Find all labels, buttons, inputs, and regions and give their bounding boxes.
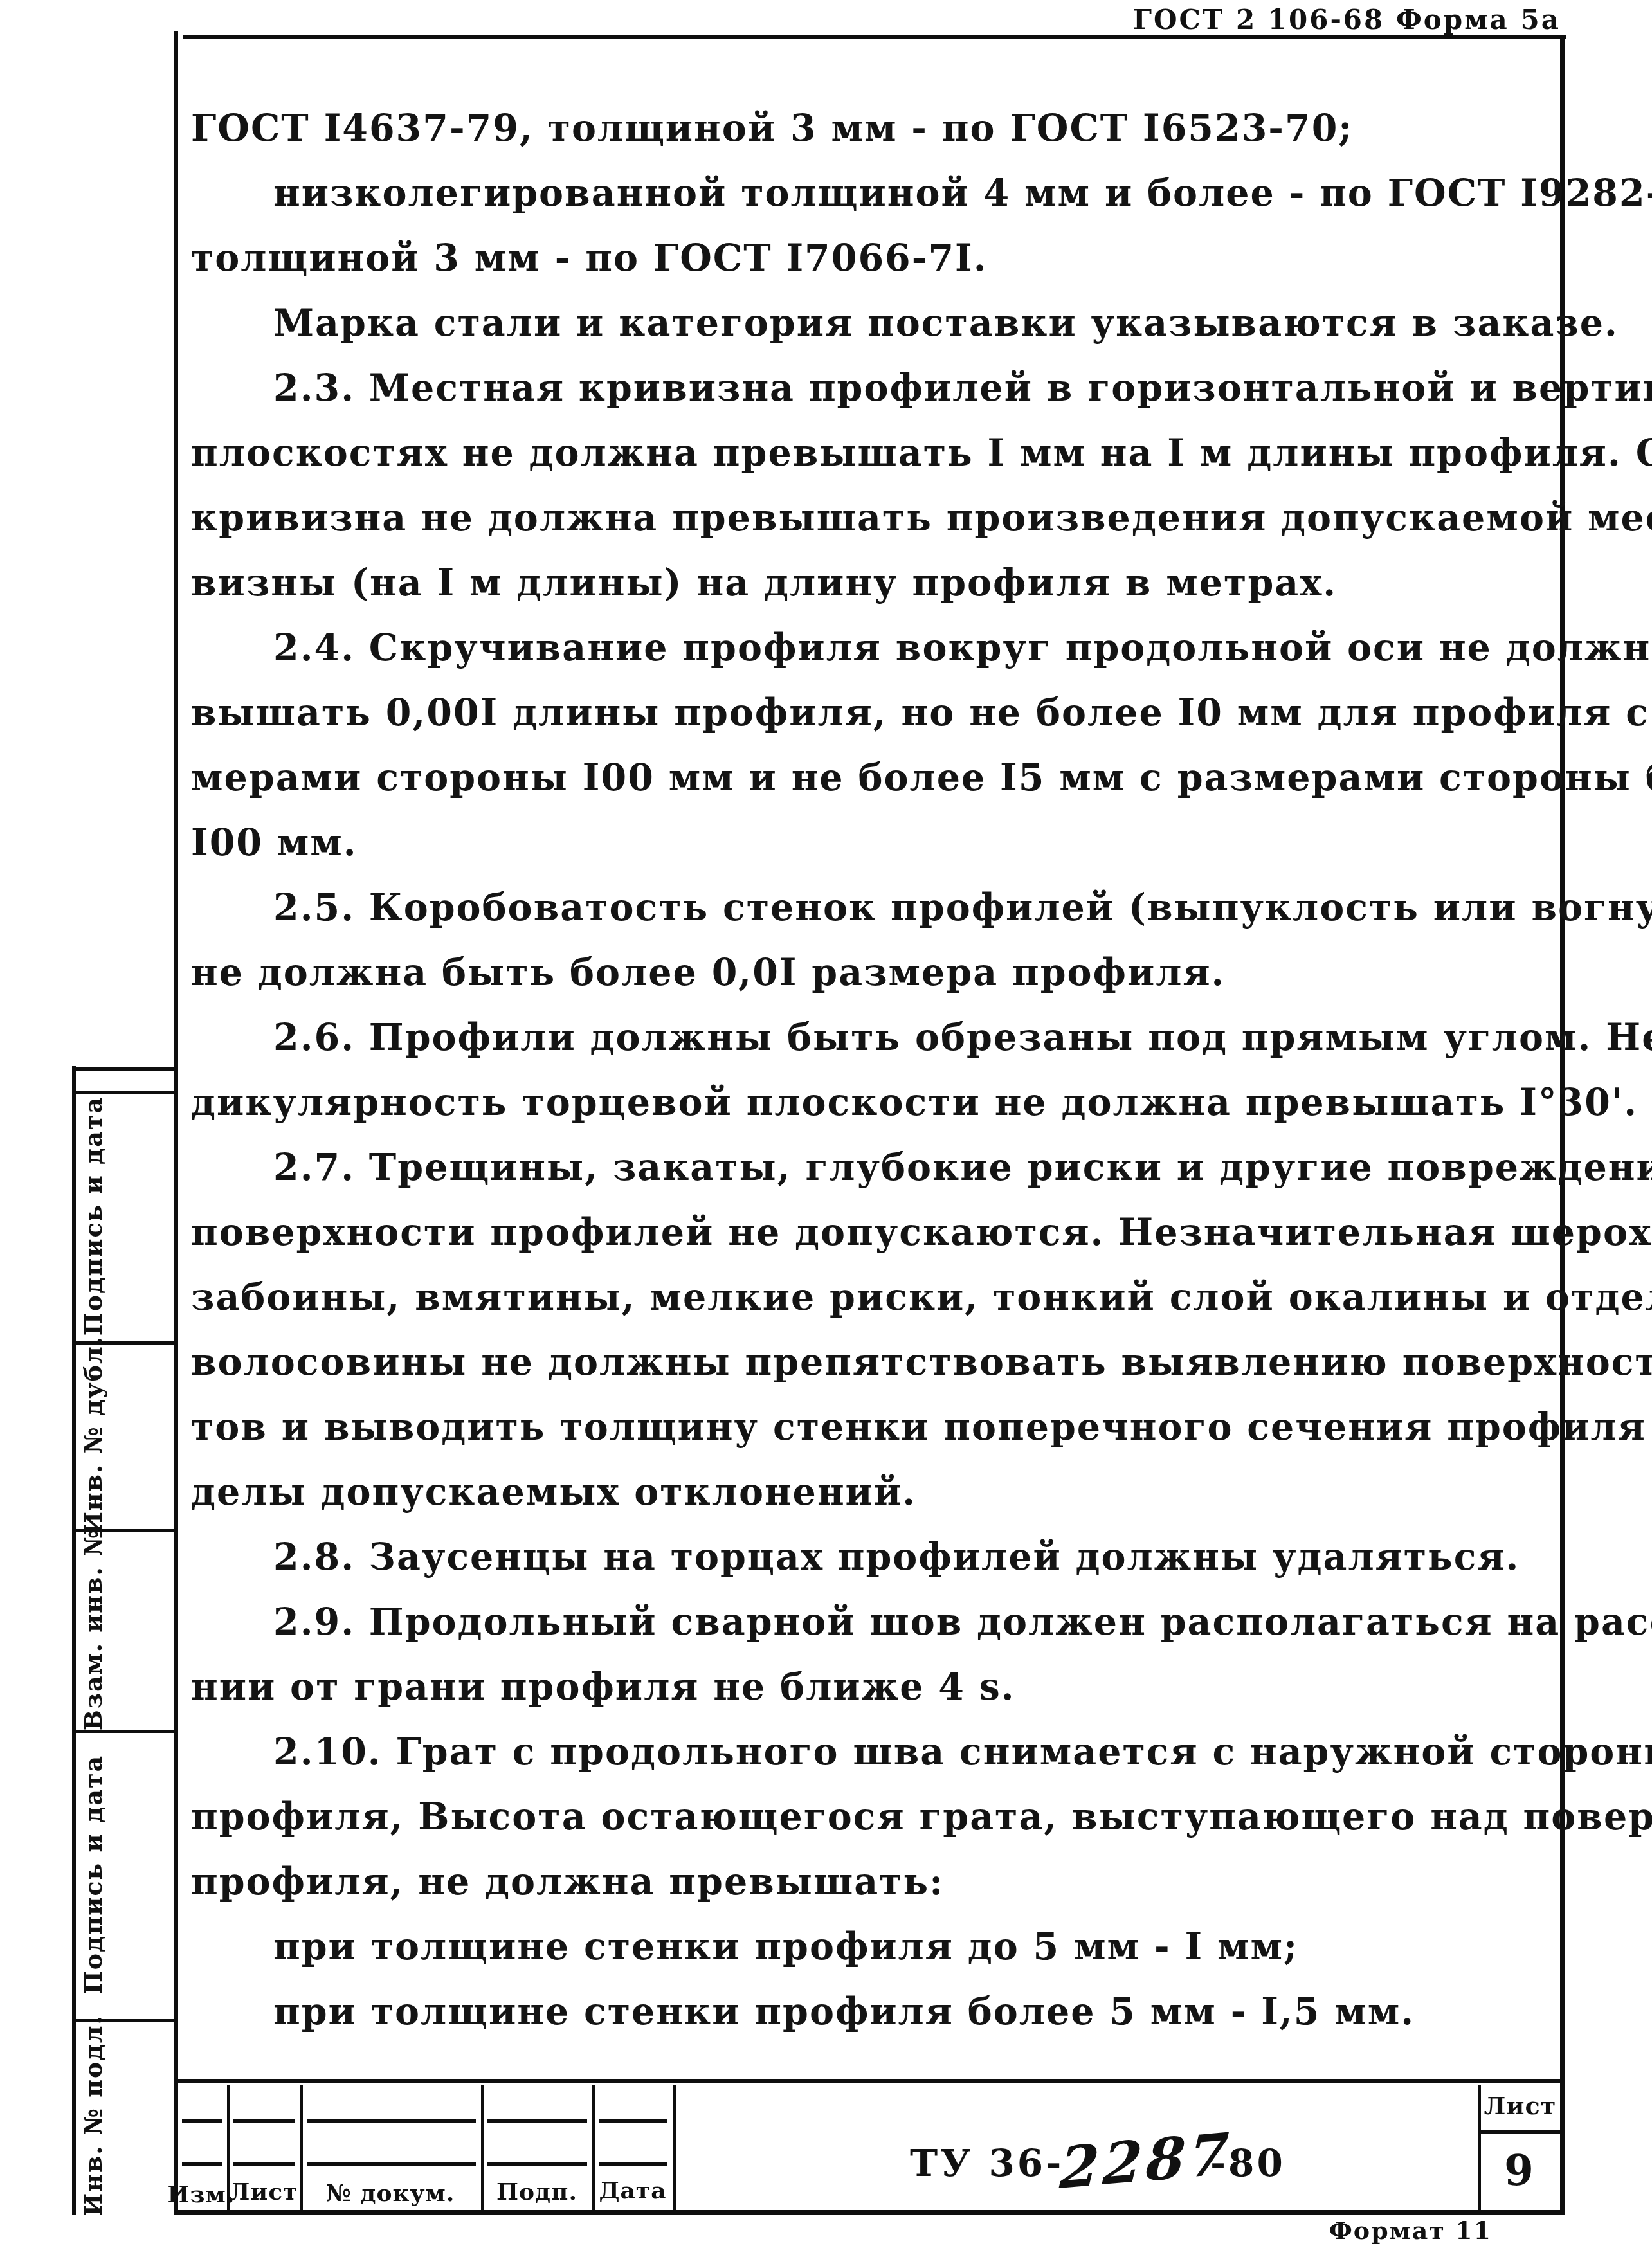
text-line: I00 мм. [191,810,1562,875]
frame-line-top [183,35,1566,39]
titleblock-line-top [174,2079,1565,2083]
column-header-izm: Изм. [168,2181,235,2208]
text-line: низколегированной толщиной 4 мм и более … [191,161,1562,226]
sheet-box-divider [1478,2130,1561,2134]
doc-number-handwritten: 2287 [1058,2119,1234,2202]
text-line: при толщине стенки профиля более 5 мм - … [191,1979,1562,2044]
sheet-number: 9 [1504,2145,1534,2195]
frame-line-left [174,31,178,2215]
sidebar-label-signature-date: Подпись и дата [78,1755,107,1994]
text-line: толщиной 3 мм - по ГОСТ I7066-7I. [191,226,1562,291]
table-cell-line [487,2162,587,2166]
text-line: волосовины не должны препятствовать выяв… [191,1330,1562,1395]
text-line: 2.4. Скручивание профиля вокруг продольн… [191,615,1562,680]
table-cell-line [182,2119,222,2123]
sidebar-label-inv-dubl: Инв. № дубл. [78,1336,107,1535]
sidebar-separator [72,1067,178,1071]
frame-line-bottom [174,2210,1565,2215]
text-line: 2.6. Профили должны быть обрезаны под пр… [191,1005,1562,1070]
table-cell-line [307,2162,476,2166]
text-line: тов и выводить толщину стенки поперечног… [191,1395,1562,1460]
sidebar-separator [72,1091,178,1094]
text-line: 2.7. Трещины, закаты, глубокие риски и д… [191,1135,1562,1200]
sidebar-label-inv-podl: Инв. № подл. [78,2015,107,2216]
text-line: мерами стороны I00 мм и не более I5 мм с… [191,745,1562,810]
page-header-standard-ref: ГОСТ 2 106-68 Форма 5а [1133,4,1561,35]
table-cell-line [233,2162,295,2166]
sidebar-label-vzam-inv: Взам. инв. № [78,1528,107,1731]
text-line: 2.3. Местная кривизна профилей в горизон… [191,356,1562,421]
text-line: не должна быть более 0,0I размера профил… [191,940,1562,1005]
column-header-podp: Подп. [496,2179,577,2206]
text-line: поверхности профилей не допускаются. Нез… [191,1200,1562,1265]
text-line: 2.5. Коробоватость стенок профилей (выпу… [191,875,1562,940]
text-line: делы допускаемых отклонений. [191,1460,1562,1525]
doc-number-suffix: -80 [1210,2141,1285,2185]
text-line: нии от грани профиля не ближе 4 s. [191,1654,1562,1719]
text-line: профиля, не должна превышать: [191,1849,1562,1914]
sheet-box-line-left [1478,2085,1481,2210]
table-cell-line [182,2162,222,2166]
sidebar-line-left [72,1066,76,2215]
table-cell-line [233,2119,295,2123]
doc-number-prefix: ТУ 36- [910,2141,1064,2185]
text-line: ГОСТ I4637-79, толщиной 3 мм - по ГОСТ I… [191,96,1562,161]
titleblock-column-line [673,2085,676,2210]
scanned-document-page: ГОСТ 2 106-68 Форма 5а ГОСТ I4637-79, то… [0,0,1652,2257]
text-line: кривизна не должна превышать произведени… [191,485,1562,550]
column-header-data: Дата [599,2177,667,2204]
text-line: забоины, вмятины, мелкие риски, тонкий с… [191,1265,1562,1330]
document-body: ГОСТ I4637-79, толщиной 3 мм - по ГОСТ I… [191,96,1562,2044]
table-cell-line [599,2162,667,2166]
text-line: вышать 0,00I длины профиля, но не более … [191,680,1562,745]
format-note: Формат 11 [1312,2216,1492,2245]
text-line: визны (на I м длины) на длину профиля в … [191,550,1562,615]
text-line: дикулярность торцевой плоскости не должн… [191,1070,1562,1135]
text-line: 2.10. Грат с продольного шва снимается с… [191,1719,1562,1784]
table-cell-line [307,2119,476,2123]
text-line: 2.8. Заусенцы на торцах профилей должны … [191,1525,1562,1590]
column-header-list: Лист [230,2179,298,2206]
titleblock-column-line [592,2085,595,2210]
text-line: при толщине стенки профиля до 5 мм - I м… [191,1914,1562,1979]
sheet-label: Лист [1484,2091,1556,2120]
text-line: профиля, Высота остающегося грата, высту… [191,1784,1562,1849]
text-line: плоскостях не должна превышать I мм на I… [191,421,1562,485]
table-cell-line [599,2119,667,2123]
titleblock-column-line [300,2085,303,2210]
sidebar-label-signature-date: Подпись и дата [78,1096,107,1336]
text-line: 2.9. Продольный сварной шов должен распо… [191,1590,1562,1654]
titleblock-column-line [481,2085,484,2210]
text-line: Марка стали и категория поставки указыва… [191,291,1562,356]
column-header-ndokum: № докум. [326,2180,455,2207]
table-cell-line [487,2119,587,2123]
